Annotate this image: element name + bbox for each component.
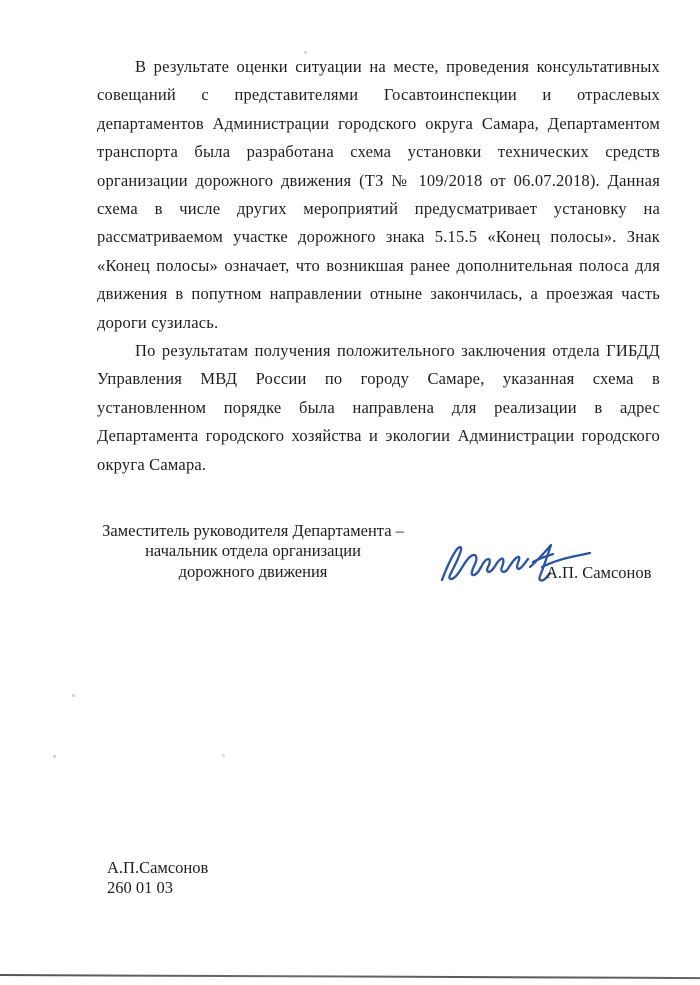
signer-name: А.П. Самсонов xyxy=(546,563,651,583)
text-line: «Конец полосы» означает, что возникшая р… xyxy=(97,252,660,280)
text-line: департаментов Администрации городского о… xyxy=(97,110,660,138)
signer-title-line: начальник отдела организации xyxy=(97,541,409,561)
signer-title-line: дорожного движения xyxy=(97,562,409,582)
signer-title-line: Заместитель руководителя Департамента – xyxy=(97,521,409,541)
executor-phone: 260 01 03 xyxy=(107,878,208,898)
text-line: схема в числе других мероприятий предусм… xyxy=(97,195,660,223)
text-line: В результате оценки ситуации на месте, п… xyxy=(97,53,660,81)
text-line: организации дорожного движения (ТЗ № 109… xyxy=(97,167,660,195)
scanned-letter-page: В результате оценки ситуации на месте, п… xyxy=(0,0,700,985)
text-line: движения в попутном направлении отныне з… xyxy=(97,280,660,308)
scan-speck xyxy=(53,755,56,758)
text-line: установленном порядке была направлена дл… xyxy=(97,394,660,422)
text-line: совещаний с представителями Госавтоинспе… xyxy=(97,81,660,109)
executor-name: А.П.Самсонов xyxy=(107,858,208,878)
text-line: Департамента городского хозяйства и экол… xyxy=(97,422,660,450)
scan-speck xyxy=(222,754,225,757)
scan-edge-line xyxy=(0,974,700,979)
text-line: округа Самара. xyxy=(97,451,660,479)
text-line: Управления МВД России по городу Самаре, … xyxy=(97,365,660,393)
letter-body: В результате оценки ситуации на месте, п… xyxy=(97,53,660,479)
text-line: транспорта была разработана схема устано… xyxy=(97,138,660,166)
text-line: рассматриваемом участке дорожного знака … xyxy=(97,223,660,251)
scan-speck xyxy=(72,694,75,697)
scan-speck xyxy=(304,51,307,54)
executor-footer: А.П.Самсонов 260 01 03 xyxy=(107,858,208,897)
text-line: По результатам получения положительного … xyxy=(97,337,660,365)
text-line: дороги сузилась. xyxy=(97,309,660,337)
signer-position-title: Заместитель руководителя Департамента – … xyxy=(97,521,409,582)
